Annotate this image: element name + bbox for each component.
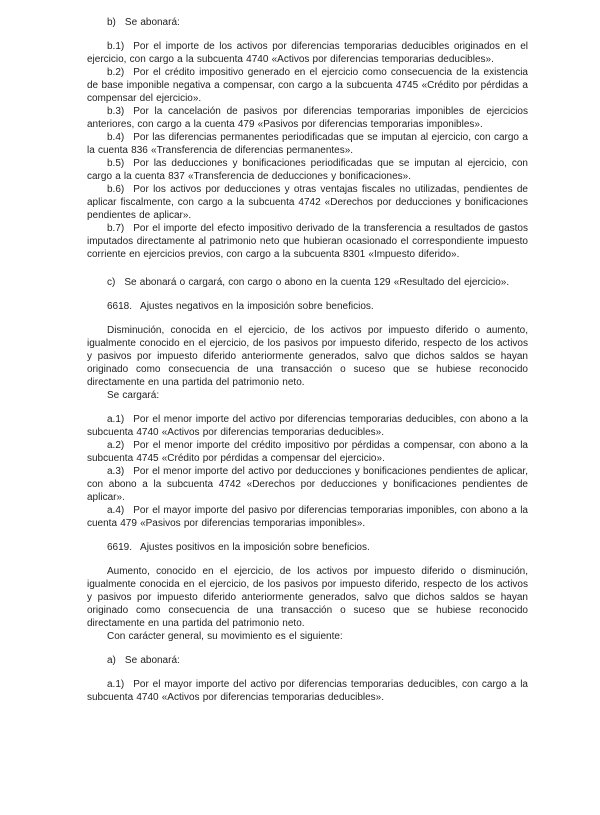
item-text: Por el menor importe del crédito imposit…	[87, 440, 528, 464]
item-text: Por el menor importe del activo por dife…	[87, 414, 528, 438]
list-item-a2: a.2)Por el menor importe del crédito imp…	[87, 439, 528, 465]
account-heading: 6619.Ajustes positivos en la imposición …	[87, 541, 528, 554]
item-label: a.2)	[107, 440, 124, 451]
item-label: a.1)	[107, 414, 124, 425]
movement-line: Con carácter general, su movimiento es e…	[87, 630, 528, 643]
section-6619-intro: Aumento, conocido en el ejercicio, de lo…	[87, 565, 528, 643]
account-heading: 6618.Ajustes negativos en la imposición …	[87, 300, 528, 313]
item-label: a.3)	[107, 466, 124, 477]
list-item-a3: a.3)Por el menor importe del activo por …	[87, 465, 528, 504]
item-label: b.7)	[107, 223, 124, 234]
paragraph-a1-final: a.1)Por el mayor importe del activo por …	[87, 678, 528, 704]
list-item-b: b)Se abonará:	[87, 16, 528, 29]
item-label: b.3)	[107, 106, 124, 117]
paragraph-intro-b: b)Se abonará:	[87, 16, 528, 29]
definition-paragraph: Disminución, conocida en el ejercicio, d…	[87, 324, 528, 389]
item-label: b.2)	[107, 67, 124, 78]
item-label: b.6)	[107, 184, 124, 195]
item-text: Por las deducciones y bonificaciones per…	[87, 158, 528, 182]
item-label: b.1)	[107, 41, 124, 52]
item-text: Por el crédito impositivo generado en el…	[87, 67, 528, 104]
account-title: Ajustes positivos en la imposición sobre…	[140, 542, 370, 553]
item-text: Se abonará o cargará, con cargo o abono …	[124, 277, 509, 288]
item-text: Por las diferencias permanentes periodif…	[87, 132, 528, 156]
list-item-b6: b.6)Por los activos por deducciones y ot…	[87, 183, 528, 222]
list-item-a1: a.1)Por el menor importe del activo por …	[87, 413, 528, 439]
list-a-items-6618: a.1)Por el menor importe del activo por …	[87, 413, 528, 530]
section-heading-6618: 6618.Ajustes negativos en la imposición …	[87, 300, 528, 313]
list-item-b1: b.1)Por el importe de los activos por di…	[87, 40, 528, 66]
list-item-b2: b.2)Por el crédito impositivo generado e…	[87, 66, 528, 105]
paragraph-intro-a: a)Se abonará:	[87, 654, 528, 667]
list-item-a4: a.4)Por el mayor importe del pasivo por …	[87, 504, 528, 530]
item-label: b)	[107, 17, 116, 28]
item-text: Por el importe del efecto impositivo der…	[87, 223, 528, 260]
item-text: Por el importe de los activos por difere…	[87, 41, 528, 65]
item-text: Por la cancelación de pasivos por difere…	[87, 106, 528, 130]
list-item-a1-final: a.1)Por el mayor importe del activo por …	[87, 678, 528, 704]
item-label: a.4)	[107, 505, 124, 516]
item-label: c)	[107, 277, 115, 288]
document-page: b)Se abonará: b.1)Por el importe de los …	[0, 0, 600, 815]
item-label: b.4)	[107, 132, 124, 143]
item-label: a.1)	[107, 679, 124, 690]
item-text: Por el menor importe del activo por dedu…	[87, 466, 528, 503]
list-item-a: a)Se abonará:	[87, 654, 528, 667]
item-text: Se abonará:	[125, 17, 180, 28]
list-item-b5: b.5)Por las deducciones y bonificaciones…	[87, 157, 528, 183]
list-item-b4: b.4)Por las diferencias permanentes peri…	[87, 131, 528, 157]
item-text: Por el mayor importe del activo por dife…	[87, 679, 528, 703]
list-item-b7: b.7)Por el importe del efecto impositivo…	[87, 222, 528, 261]
account-number: 6618.	[107, 301, 132, 312]
movement-line: Se cargará:	[87, 389, 528, 402]
account-number: 6619.	[107, 542, 132, 553]
section-heading-6619: 6619.Ajustes positivos en la imposición …	[87, 541, 528, 554]
item-text: Por el mayor importe del pasivo por dife…	[87, 505, 528, 529]
list-item-c: c)Se abonará o cargará, con cargo o abon…	[87, 276, 528, 289]
account-title: Ajustes negativos en la imposición sobre…	[140, 301, 374, 312]
item-text: Por los activos por deducciones y otras …	[87, 184, 528, 221]
item-label: b.5)	[107, 158, 124, 169]
definition-paragraph: Aumento, conocido en el ejercicio, de lo…	[87, 565, 528, 630]
item-text: Se abonará:	[125, 655, 180, 666]
item-label: a)	[107, 655, 116, 666]
list-b-items: b.1)Por el importe de los activos por di…	[87, 40, 528, 261]
section-6618-intro: Disminución, conocida en el ejercicio, d…	[87, 324, 528, 402]
list-item-b3: b.3)Por la cancelación de pasivos por di…	[87, 105, 528, 131]
paragraph-c: c)Se abonará o cargará, con cargo o abon…	[87, 276, 528, 289]
